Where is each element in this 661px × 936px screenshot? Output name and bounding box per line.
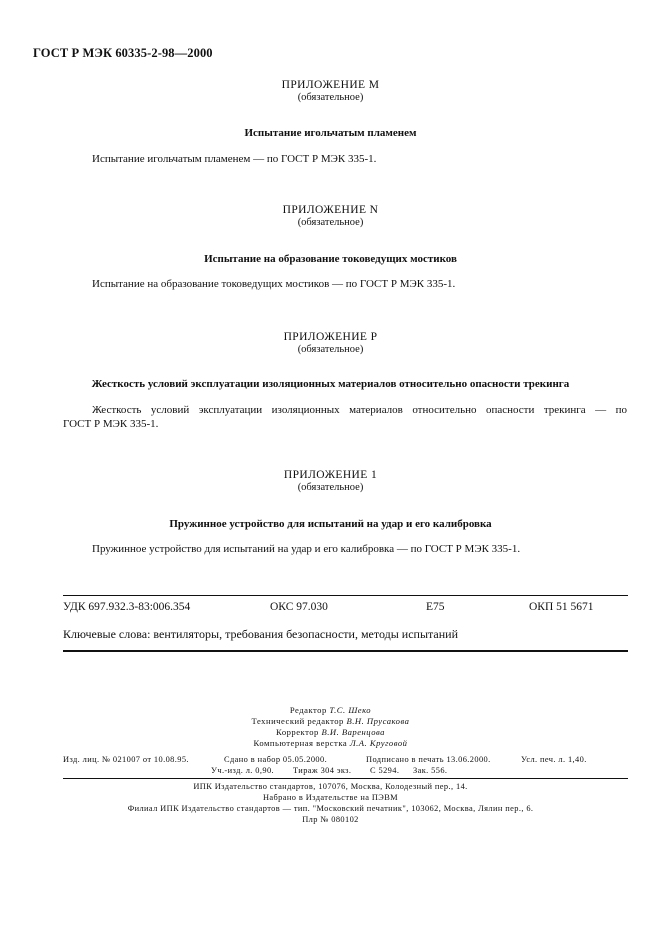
imprint-line-2: Набрано в Издательстве на ПЭВМ <box>0 793 661 802</box>
appendix-p-title: ПРИЛОЖЕНИЕ Р <box>0 331 661 343</box>
bottom-rule <box>63 650 628 652</box>
appendix-m-status: (обязательное) <box>0 92 661 103</box>
imprint-line-3: Филиал ИПК Издательство стандартов — тип… <box>0 804 661 813</box>
license-info: Изд. лиц. № 021007 от 10.08.95. <box>63 755 189 764</box>
appendix-n-title: ПРИЛОЖЕНИЕ N <box>0 204 661 216</box>
appendix-m-body: Испытание игольчатым пламенем — по ГОСТ … <box>92 153 376 165</box>
imprint-line-1: ИПК Издательство стандартов, 107076, Мос… <box>0 782 661 791</box>
credit-tech-editor: Технический редактор В.Н. Прусакова <box>0 716 661 727</box>
credit-role: Редактор <box>290 705 327 715</box>
pub-sheets: Уч.-изд. л. 0,90. <box>211 766 274 775</box>
credit-editor: Редактор Т.С. Шеко <box>0 705 661 716</box>
circulation: Тираж 304 экз. <box>293 766 351 775</box>
credit-name: В.Н. Прусакова <box>347 716 410 726</box>
imprint-line-4: Плр № 080102 <box>0 815 661 824</box>
appendix-n-body: Испытание на образование токоведущих мос… <box>92 278 455 290</box>
keywords: Ключевые слова: вентиляторы, требования … <box>63 627 458 642</box>
okp-code: ОКП 51 5671 <box>529 601 594 613</box>
appendix-p-body-line2: ГОСТ Р МЭК 335-1. <box>63 418 158 430</box>
credit-role: Корректор <box>276 727 319 737</box>
credit-name: В.И. Варенцова <box>321 727 385 737</box>
document-code-header: ГОСТ Р МЭК 60335-2-98—2000 <box>33 46 213 61</box>
appendix-p-status: (обязательное) <box>0 344 661 355</box>
appendix-p-body-line1: Жесткость условий эксплуатации изоляцион… <box>92 404 627 416</box>
appendix-n-section-title: Испытание на образование токоведущих мос… <box>0 253 661 265</box>
appendix-n-status: (обязательное) <box>0 217 661 228</box>
appendix-1-section-title: Пружинное устройство для испытаний на уд… <box>0 518 661 530</box>
top-rule <box>63 595 628 596</box>
credit-layout: Компьютерная верстка Л.А. Круговой <box>0 738 661 749</box>
group-code: Е75 <box>426 601 445 613</box>
credit-role: Компьютерная верстка <box>254 738 348 748</box>
signed-date: Подписано в печать 13.06.2000. <box>366 755 491 764</box>
appendix-m-section-title: Испытание игольчатым пламенем <box>0 127 661 139</box>
appendix-m-title: ПРИЛОЖЕНИЕ М <box>0 79 661 91</box>
order-number: Зак. 556. <box>413 766 447 775</box>
appendix-1-body: Пружинное устройство для испытаний на уд… <box>92 543 520 555</box>
udk-code: УДК 697.932.3-83:006.354 <box>63 601 190 613</box>
appendix-p-section-title: Жесткость условий эксплуатации изоляцион… <box>0 378 661 390</box>
c-number: С 5294. <box>370 766 399 775</box>
appendix-1-title: ПРИЛОЖЕНИЕ 1 <box>0 469 661 481</box>
credit-name: Л.А. Круговой <box>350 738 408 748</box>
oks-code: ОКС 97.030 <box>270 601 328 613</box>
credit-role: Технический редактор <box>252 716 344 726</box>
appendix-1-status: (обязательное) <box>0 482 661 493</box>
typeset-date: Сдано в набор 05.05.2000. <box>224 755 327 764</box>
imprint-rule <box>63 778 628 779</box>
print-sheets: Усл. печ. л. 1,40. <box>521 755 587 764</box>
credit-name: Т.С. Шеко <box>329 705 371 715</box>
credit-corrector: Корректор В.И. Варенцова <box>0 727 661 738</box>
